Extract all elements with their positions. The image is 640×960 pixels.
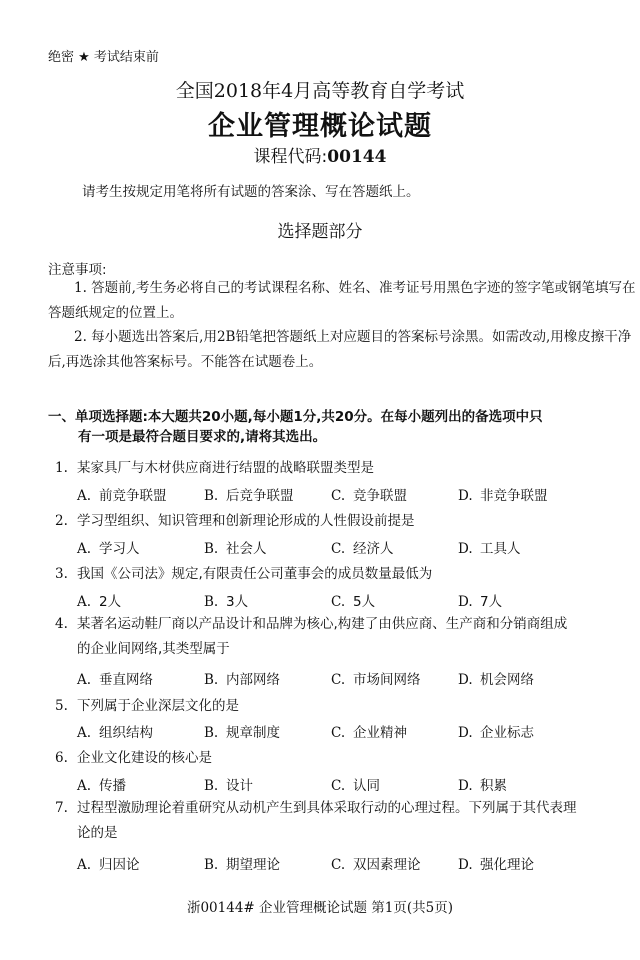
question-stem: 某著名运动鞋厂商以产品设计和品牌为核心,构建了由供应商、生产商和分销商组成 [77,616,567,632]
option-b: B.设计 [204,774,331,794]
section-title: 选择题部分 [0,217,640,242]
question-7-options: A.归因论 B.期望理论 C.双因素理论 D.强化理论 [77,853,617,873]
question-stem: 下列属于企业深层文化的是 [77,698,239,714]
option-c: C.双因素理论 [331,853,458,873]
option-a: A.传播 [77,774,204,794]
option-d: D.强化理论 [458,853,585,873]
option-a: A.垂直网络 [77,668,204,688]
question-stem-continued: 论的是 [55,821,615,846]
question-stem: 企业文化建设的核心是 [77,750,212,766]
option-a: A.组织结构 [77,721,204,741]
part-one-heading-line2: 有一项是最符合题目要求的,请将其选出。 [48,427,628,447]
question-1: 1.某家具厂与木材供应商进行结盟的战略联盟类型是 [55,456,374,476]
option-d: D.机会网络 [458,668,585,688]
note-item-1: 1. 答题前,考生务必将自己的考试课程名称、姓名、准考证号用黑色字迹的签字笔或钢… [48,276,638,326]
question-7: 7.过程型激励理论着重研究从动机产生到具体采取行动的心理过程。下列属于其代表理论… [55,796,615,846]
option-d: D.工具人 [458,537,585,557]
exam-title: 全国2018年4月高等教育自学考试 [0,76,640,103]
option-b: B.社会人 [204,537,331,557]
option-c: C.经济人 [331,537,458,557]
option-a: A.学习人 [77,537,204,557]
question-6-options: A.传播 B.设计 C.认同 D.积累 [77,774,617,794]
option-c: C.竞争联盟 [331,484,458,504]
subject-title: 企业管理概论试题 [0,104,640,143]
page-footer: 浙00144# 企业管理概论试题 第1页(共5页) [0,896,640,916]
option-d: D.企业标志 [458,721,585,741]
question-5: 5.下列属于企业深层文化的是 [55,694,239,714]
question-number: 7. [55,796,77,821]
option-c: C.市场间网络 [331,668,458,688]
option-d: D.非竞争联盟 [458,484,585,504]
question-number: 1. [55,460,77,476]
question-2-options: A.学习人 B.社会人 C.经济人 D.工具人 [77,537,617,557]
question-number: 5. [55,698,77,714]
option-a: A.归因论 [77,853,204,873]
question-number: 3. [55,566,77,582]
option-c: C.认同 [331,774,458,794]
part-one-heading: 一、单项选择题:本大题共20小题,每小题1分,共20分。在每小题列出的备选项中只… [48,407,628,447]
option-b: B.内部网络 [204,668,331,688]
question-2: 2.学习型组织、知识管理和创新理论形成的人性假设前提是 [55,509,415,529]
question-stem: 我国《公司法》规定,有限责任公司董事会的成员数量最低为 [77,566,432,582]
option-c: C.企业精神 [331,721,458,741]
option-b: B.3人 [204,590,331,610]
question-number: 6. [55,750,77,766]
confidential-label: 绝密 ★ 考试结束前 [48,46,159,65]
question-number: 2. [55,513,77,529]
instruction-text: 请考生按规定用笔将所有试题的答案涂、写在答题纸上。 [82,180,420,200]
option-c: C.5人 [331,590,458,610]
option-b: B.后竞争联盟 [204,484,331,504]
option-d: D.7人 [458,590,585,610]
option-a: A.2人 [77,590,204,610]
question-6: 6.企业文化建设的核心是 [55,746,212,766]
question-number: 4. [55,612,77,637]
question-stem: 过程型激励理论着重研究从动机产生到具体采取行动的心理过程。下列属于其代表理 [77,800,577,816]
question-stem: 某家具厂与木材供应商进行结盟的战略联盟类型是 [77,460,374,476]
course-code: 课程代码:00144 [0,142,640,167]
option-b: B.期望理论 [204,853,331,873]
question-4: 4.某著名运动鞋厂商以产品设计和品牌为核心,构建了由供应商、生产商和分销商组成的… [55,612,615,662]
question-4-options: A.垂直网络 B.内部网络 C.市场间网络 D.机会网络 [77,668,617,688]
question-3: 3.我国《公司法》规定,有限责任公司董事会的成员数量最低为 [55,562,432,582]
question-stem-continued: 的企业间网络,其类型属于 [55,637,615,662]
note-item-2: 2. 每小题选出答案后,用2B铅笔把答题纸上对应题目的答案标号涂黑。如需改动,用… [48,325,638,375]
course-code-value: 00144 [327,147,386,167]
option-a: A.前竞争联盟 [77,484,204,504]
notes-title: 注意事项: [48,258,107,278]
option-d: D.积累 [458,774,585,794]
question-stem: 学习型组织、知识管理和创新理论形成的人性假设前提是 [77,513,415,529]
question-3-options: A.2人 B.3人 C.5人 D.7人 [77,590,617,610]
question-1-options: A.前竞争联盟 B.后竞争联盟 C.竞争联盟 D.非竞争联盟 [77,484,617,504]
option-b: B.规章制度 [204,721,331,741]
course-code-label: 课程代码: [254,147,328,167]
question-5-options: A.组织结构 B.规章制度 C.企业精神 D.企业标志 [77,721,617,741]
part-one-heading-line1: 一、单项选择题:本大题共20小题,每小题1分,共20分。在每小题列出的备选项中只 [48,409,543,425]
